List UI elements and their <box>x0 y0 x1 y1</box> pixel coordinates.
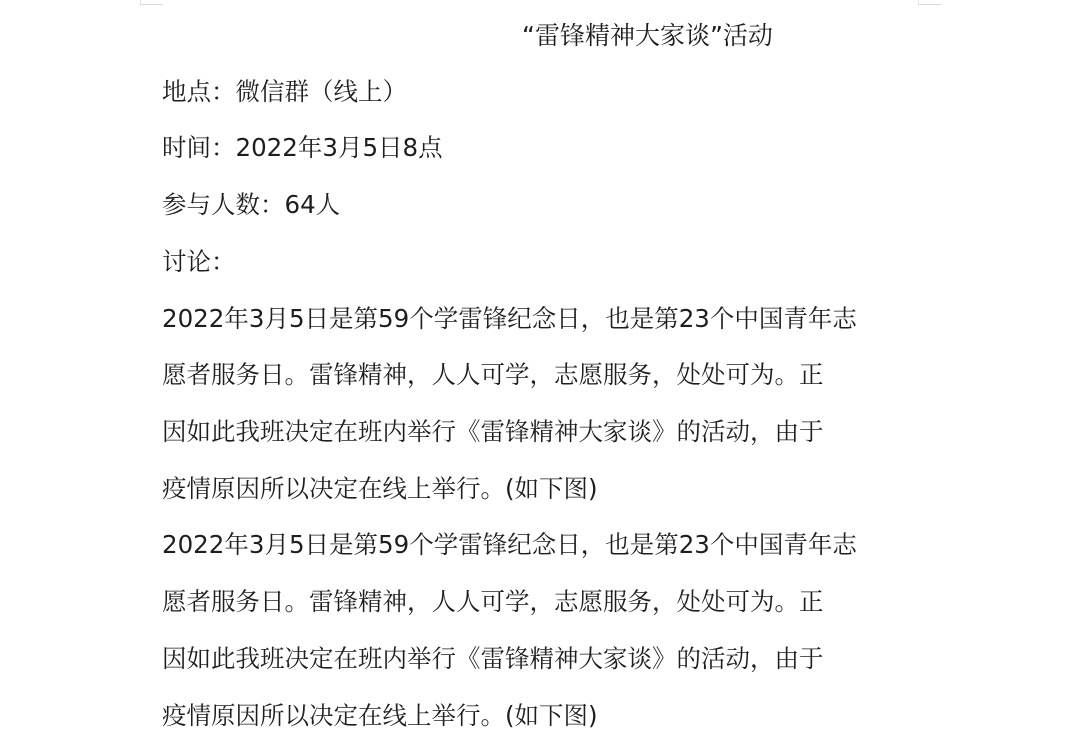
page-corner-mark-right <box>918 0 941 5</box>
paragraph-1-line-1: 2022年3月5日是第59个学雷锋纪念日，也是第23个中国青年志 <box>162 301 857 337</box>
paragraph-2-line-2: 愿者服务日。雷锋精神，人人可学，志愿服务，处处可为。正 <box>162 584 824 620</box>
participants-label: 参与人数： <box>162 190 285 219</box>
time-value: 2022年3月5日8点 <box>236 133 443 162</box>
meta-location: 地点：微信群（线上） <box>162 74 407 110</box>
paragraph-1-line-3: 因如此我班决定在班内举行《雷锋精神大家谈》的活动，由于 <box>162 414 824 450</box>
discussion-label: 讨论： <box>162 247 236 276</box>
paragraph-1-line-4: 疫情原因所以决定在线上举行。(如下图) <box>162 471 598 507</box>
paragraph-1-line-2: 愿者服务日。雷锋精神，人人可学，志愿服务，处处可为。正 <box>162 357 824 393</box>
meta-participants: 参与人数：64人 <box>162 187 340 223</box>
location-value: 微信群（线上） <box>236 77 408 106</box>
location-label: 地点： <box>162 77 236 106</box>
paragraph-2-line-1: 2022年3月5日是第59个学雷锋纪念日，也是第23个中国青年志 <box>162 527 857 563</box>
document-title: “雷锋精神大家谈”活动 <box>522 18 773 54</box>
paragraph-2-line-4: 疫情原因所以决定在线上举行。(如下图) <box>162 698 598 734</box>
meta-time: 时间：2022年3月5日8点 <box>162 130 443 166</box>
time-label: 时间： <box>162 133 236 162</box>
participants-value: 64人 <box>285 190 341 219</box>
page-corner-mark-left <box>140 0 163 5</box>
paragraph-2-line-3: 因如此我班决定在班内举行《雷锋精神大家谈》的活动，由于 <box>162 641 824 677</box>
meta-discussion: 讨论： <box>162 244 236 280</box>
document-page: “雷锋精神大家谈”活动 地点：微信群（线上） 时间：2022年3月5日8点 参与… <box>0 0 1080 743</box>
